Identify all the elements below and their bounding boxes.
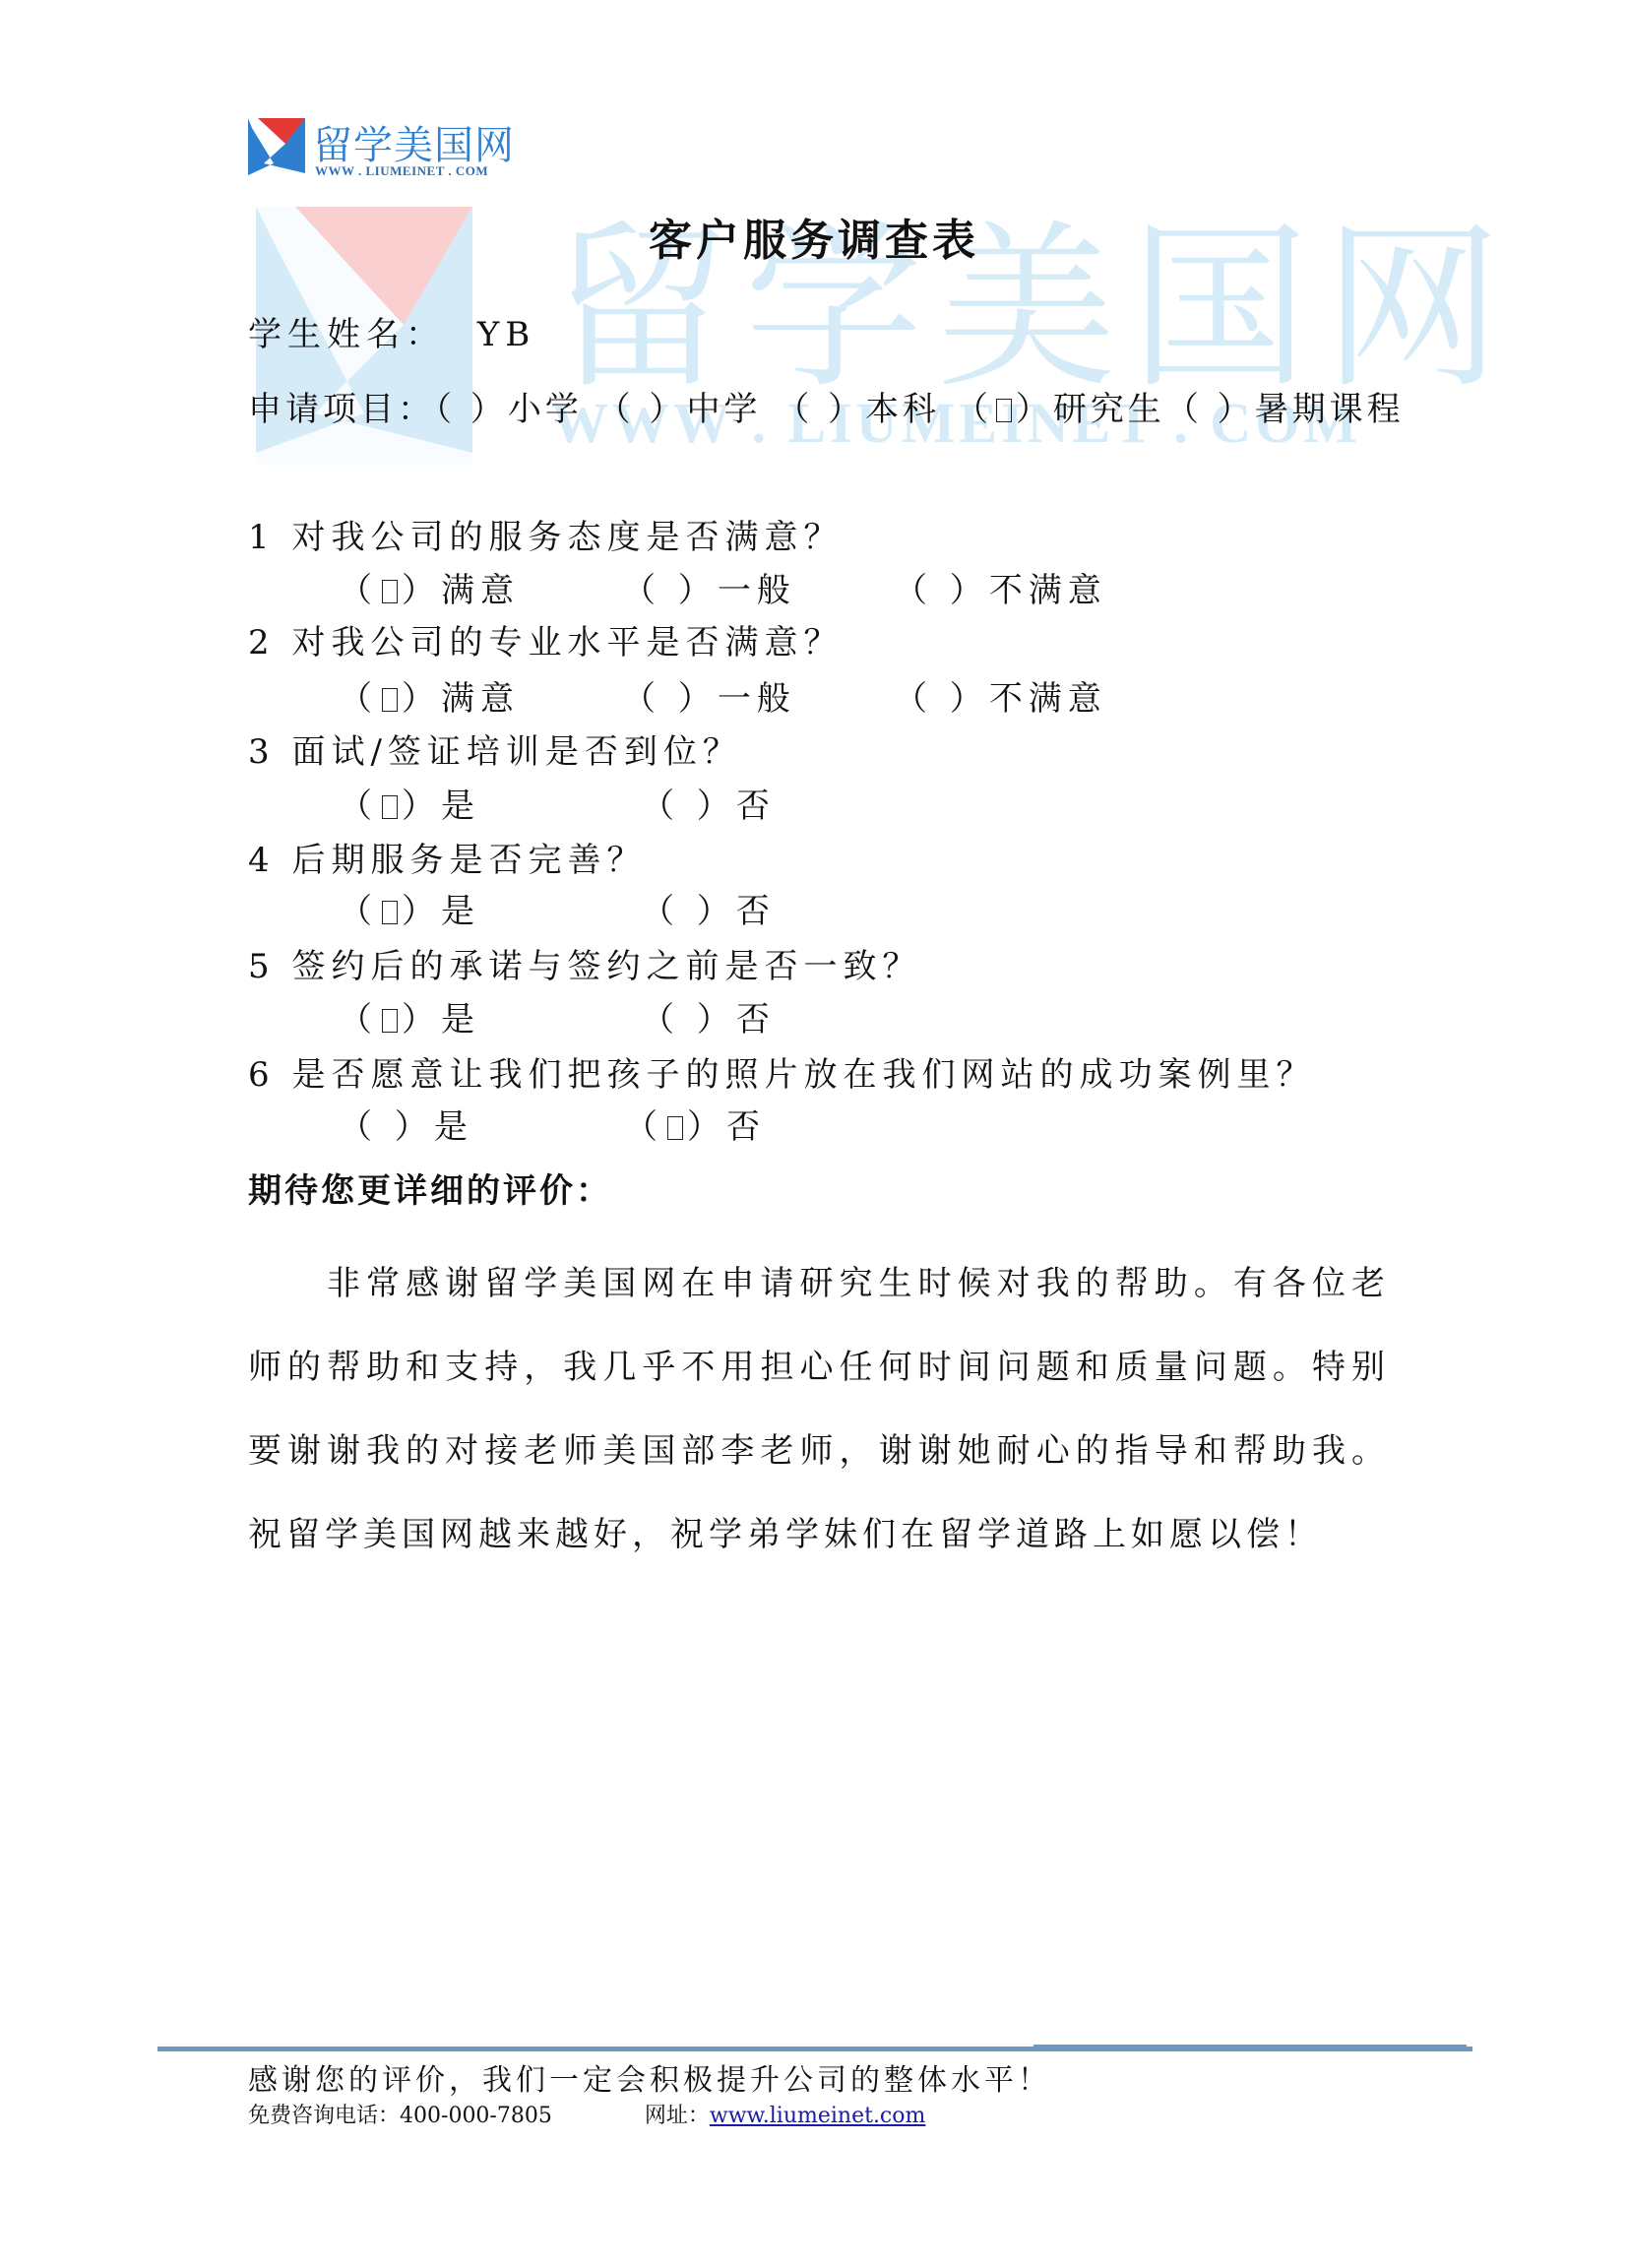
feedback-heading: 期待您更详细的评价： bbox=[248, 1164, 612, 1212]
site-label: 网址： bbox=[645, 2104, 710, 2128]
q6-option-no[interactable]: （）否 bbox=[624, 1100, 766, 1148]
student-name-value: YB bbox=[477, 315, 535, 354]
student-name-row: 学生姓名： YB bbox=[248, 307, 535, 355]
program-option-middle[interactable]: （ ）中学 bbox=[597, 390, 762, 429]
phone-label: 免费咨询电话： bbox=[248, 2104, 400, 2128]
brand-logo: 留学美国网 WWW . LIUMEINET . COM bbox=[248, 118, 524, 183]
q6-option-yes[interactable]: （ ）是 bbox=[339, 1100, 473, 1148]
checked-box-icon bbox=[382, 901, 398, 924]
q2-option-average[interactable]: （ ）一般 bbox=[622, 671, 796, 720]
question-1: 1 对我公司的服务态度是否满意？ bbox=[248, 510, 843, 558]
checked-box-icon bbox=[996, 399, 1012, 422]
checked-box-icon bbox=[667, 1116, 683, 1140]
student-name-label: 学生姓名： bbox=[248, 315, 445, 354]
footer-contact: 免费咨询电话：400-000-7805 网址：www.liumeinet.com bbox=[248, 2099, 925, 2129]
phone-number: 400-000-7805 bbox=[400, 2104, 552, 2128]
q5-option-yes[interactable]: （）是 bbox=[339, 992, 480, 1040]
checked-box-icon bbox=[382, 688, 398, 712]
question-3: 3 面试/签证培训是否到位？ bbox=[248, 724, 742, 773]
footer-divider-accent bbox=[1033, 2045, 1467, 2047]
logo-domain: WWW . LIUMEINET . COM bbox=[315, 163, 488, 179]
q3-option-no[interactable]: （ ）否 bbox=[641, 779, 776, 827]
program-option-summer[interactable]: （ ）暑期课程 bbox=[1165, 390, 1405, 429]
q1-option-satisfied[interactable]: （）满意 bbox=[339, 563, 520, 611]
checked-box-icon bbox=[382, 795, 398, 819]
program-option-graduate[interactable]: （）研究生 bbox=[955, 390, 1165, 429]
checked-box-icon bbox=[382, 580, 398, 603]
question-2: 2 对我公司的专业水平是否满意？ bbox=[248, 615, 843, 663]
page-title: 客户服务调查表 bbox=[0, 205, 1628, 268]
q4-option-no[interactable]: （ ）否 bbox=[641, 884, 776, 932]
program-row: 申请项目：（ ）小学 （ ）中学 （ ）本科 （）研究生（ ）暑期课程 bbox=[248, 382, 1405, 430]
program-label: 申请项目： bbox=[248, 390, 435, 429]
question-4: 4 后期服务是否完善？ bbox=[248, 833, 646, 881]
q3-option-yes[interactable]: （）是 bbox=[339, 779, 480, 827]
program-option-undergrad[interactable]: （ ）本科 bbox=[776, 390, 940, 429]
logo-name: 留学美国网 bbox=[313, 114, 515, 170]
q1-option-unsatisfied[interactable]: （ ）不满意 bbox=[894, 563, 1107, 611]
site-link[interactable]: www.liumeinet.com bbox=[710, 2104, 925, 2128]
logo-icon bbox=[248, 118, 305, 179]
q1-option-average[interactable]: （ ）一般 bbox=[622, 563, 796, 611]
checked-box-icon bbox=[382, 1009, 398, 1033]
q5-option-no[interactable]: （ ）否 bbox=[641, 992, 776, 1040]
q2-option-unsatisfied[interactable]: （ ）不满意 bbox=[894, 671, 1107, 720]
footer-thanks: 感谢您的评价，我们一定会积极提升公司的整体水平！ bbox=[248, 2055, 1051, 2099]
feedback-text: 非常感谢留学美国网在申请研究生时候对我的帮助。有各位老师的帮助和支持，我几乎不用… bbox=[248, 1242, 1390, 1577]
program-option-primary[interactable]: （ ）小学 bbox=[435, 390, 583, 429]
question-5: 5 签约后的承诺与签约之前是否一致？ bbox=[248, 939, 921, 987]
q4-option-yes[interactable]: （）是 bbox=[339, 884, 480, 932]
q2-option-satisfied[interactable]: （）满意 bbox=[339, 671, 520, 720]
question-6: 6 是否愿意让我们把孩子的照片放在我们网站的成功案例里？ bbox=[248, 1047, 1315, 1096]
